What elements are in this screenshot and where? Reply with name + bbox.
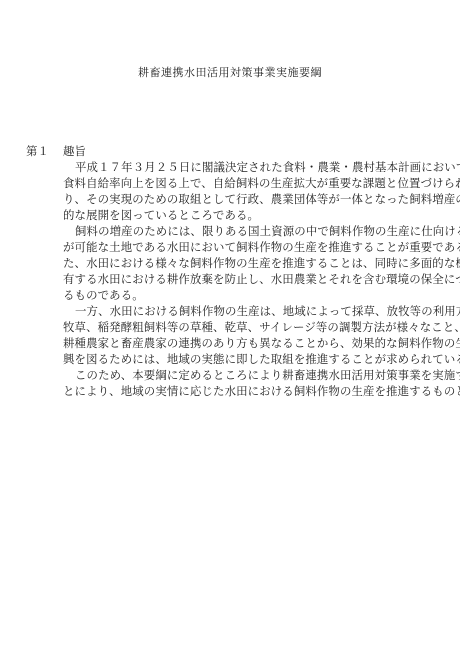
section-1-line: 飼料の増産のためには、限りある国土資源の中で飼料作物の生産に仕向けること [75,223,460,239]
section-1-line: このため、本要綱に定めるところにより耕畜連携水田活用対策事業を実施するこ [75,367,460,383]
document-page: 耕畜連携水田活用対策事業実施要綱 第１ 趣旨 平成１７年３月２５日に閣議決定され… [0,0,460,645]
section-1-line: 的な展開を図っているところである。 [63,207,259,223]
section-1-line: 有する水田における耕作放棄を防止し、水田農業とそれを含む環境の保全につなが [63,271,460,287]
section-1-line: り、その実現のための取組として行政、農業団体等が一体となった飼料増産の全国 [63,191,460,207]
section-1-line: 耕種農家と畜産農家の連携のあり方も異なることから、効果的な飼料作物の生産振 [63,335,460,351]
section-1-line: 一方、水田における飼料作物の生産は、地域によって採草、放牧等の利用方式、 [75,303,460,319]
section-1-line: が可能な土地である水田において飼料作物の生産を推進することが重要である。ま [63,239,460,255]
section-1-line: るものである。 [63,287,144,303]
section-1-line: とにより、地域の実情に応じた水田における飼料作物の生産を推進するものとする。 [63,383,460,399]
section-1-line: 平成１７年３月２５日に閣議決定された食料・農業・農村基本計画においては、 [75,159,460,175]
section-1-number: 第１ [26,143,49,159]
section-1-line: た、水田における様々な飼料作物の生産を推進することは、同時に多面的な機能を [63,255,460,271]
section-1-line: 食料自給率向上を図る上で、自給飼料の生産拡大が重要な課題と位置づけられてお [63,175,460,191]
section-1-heading: 趣旨 [63,143,86,159]
section-1-line: 興を図るためには、地域の実態に即した取組を推進することが求められている。 [63,351,460,367]
section-1-line: 牧草、稲発酵粗飼料等の草種、乾草、サイレージ等の調製方法が様々なこと、また、 [63,319,460,335]
document-title: 耕畜連携水田活用対策事業実施要綱 [0,64,460,80]
